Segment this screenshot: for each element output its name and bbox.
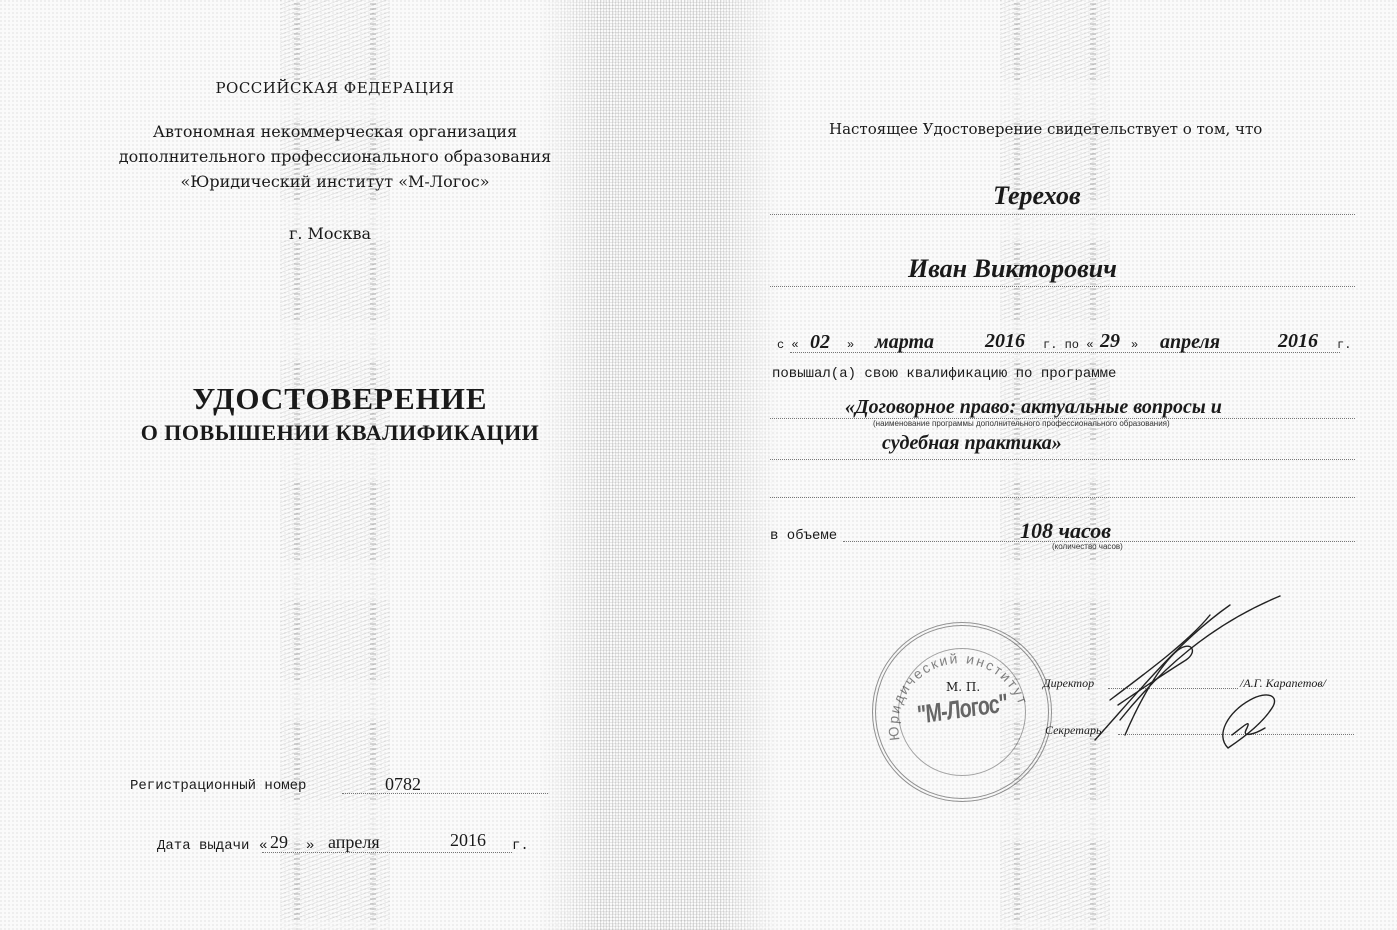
period-from-day: 02 <box>810 331 830 354</box>
issue-close-quote: » <box>306 838 314 854</box>
director-label: Директор <box>1043 676 1094 691</box>
org-line-3: «Юридический институт «М-Логос» <box>100 172 570 191</box>
org-line-2: дополнительного профессионального образо… <box>100 147 570 166</box>
period-to-prefix: г. по « <box>1043 338 1093 352</box>
org-line-1: Автономная некоммерческая организация <box>100 122 570 141</box>
given-names-line <box>770 286 1355 287</box>
period-from-close: » <box>847 338 854 352</box>
volume-value: 108 часов <box>1020 518 1111 544</box>
issue-year: 2016 <box>450 830 486 851</box>
issue-month: апреля <box>328 832 380 853</box>
reg-number-label: Регистрационный номер <box>130 778 306 794</box>
secretary-signature-line <box>1118 734 1354 735</box>
period-from-month: марта <box>875 331 934 354</box>
surname: Терехов <box>993 181 1081 211</box>
surname-line <box>770 214 1355 215</box>
period-from-year: 2016 <box>985 330 1025 353</box>
period-from-prefix: с « <box>777 338 799 352</box>
city: г. Москва <box>230 224 430 243</box>
reg-number-value: 0782 <box>385 774 421 795</box>
country-heading: РОССИЙСКАЯ ФЕДЕРАЦИЯ <box>135 79 535 97</box>
program-caption: (наименование программы дополнительного … <box>873 419 1170 428</box>
program-intro: повышал(а) свою квалификацию по программ… <box>772 366 1116 382</box>
period-to-month: апреля <box>1160 331 1220 354</box>
issue-day: 29 <box>270 832 288 853</box>
issue-date-label: Дата выдачи <box>157 838 249 854</box>
director-signature-line <box>1108 688 1238 689</box>
period-to-close: » <box>1131 338 1138 352</box>
intro-text: Настоящее Удостоверение свидетельствует … <box>829 120 1262 138</box>
given-names: Иван Викторович <box>908 254 1117 284</box>
program-name-line-2: судебная практика» <box>882 432 1062 455</box>
period-line <box>790 352 1340 353</box>
program-line-2-rule <box>770 459 1355 460</box>
guilloche-band <box>540 0 780 930</box>
period-suffix: г. <box>1337 338 1351 352</box>
program-line-3-rule <box>770 497 1355 498</box>
period-to-year: 2016 <box>1278 330 1318 353</box>
document-subtitle: О ПОВЫШЕНИИ КВАЛИФИКАЦИИ <box>90 420 590 446</box>
issue-year-suffix: г. <box>512 838 529 854</box>
chain-pattern-right <box>1000 0 1110 930</box>
volume-label: в объеме <box>770 528 837 544</box>
program-name-line-1: «Договорное право: актуальные вопросы и <box>845 396 1222 419</box>
reg-number-line <box>342 793 548 794</box>
issue-open-quote: « <box>259 838 267 854</box>
official-stamp: М. П. "М-Логос" <box>872 622 1052 802</box>
period-to-day: 29 <box>1100 330 1120 353</box>
volume-caption: (количество часов) <box>1052 542 1123 551</box>
issue-date-line <box>262 852 512 853</box>
secretary-label: Секретарь <box>1045 723 1101 738</box>
document-title: УДОСТОВЕРЕНИЕ <box>90 381 590 417</box>
director-name: /А.Г. Карапетов/ <box>1240 676 1326 691</box>
